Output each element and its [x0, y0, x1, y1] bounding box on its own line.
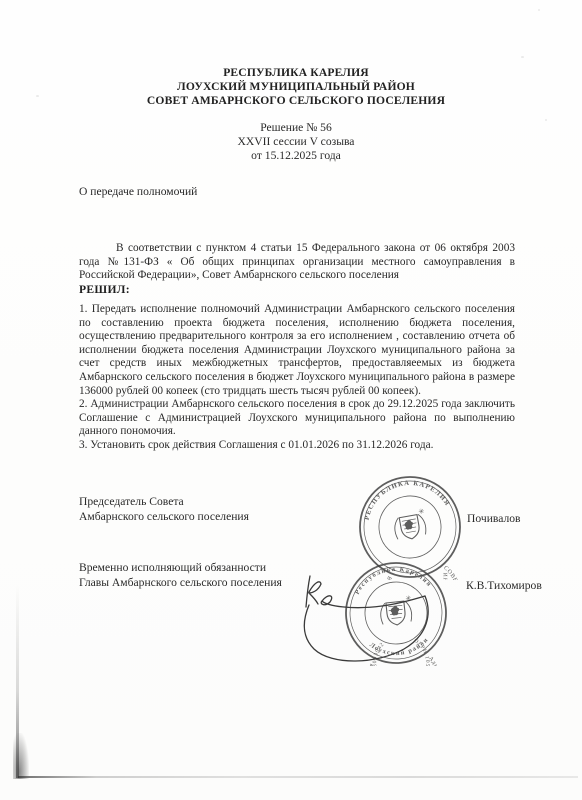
signature-block-chairman: Председатель Совета Амбарнского сельског…: [79, 494, 249, 524]
handwritten-signature: [292, 565, 437, 675]
chairman-title-line1: Председатель Совета: [79, 494, 249, 509]
stamp-council-ring-top: РЕСПУБЛИКА КАРЕЛИЯ: [358, 474, 451, 522]
acting-head-name: К.В.Тихомиров: [466, 579, 542, 592]
signature-block-acting-head: Временно исполняющий обязанности Главы А…: [79, 560, 282, 590]
acting-head-title-line2: Главы Амбарнского сельского поселения: [79, 575, 282, 590]
resolution-item-3: 3. Установить срок действия Соглашения с…: [79, 439, 515, 453]
acting-head-title-line1: Временно исполняющий обязанности: [79, 560, 282, 575]
decision-date: от 15.12.2025 года: [10, 149, 582, 163]
resolution-item-2: 2. Администрации Амбарнского сельского п…: [79, 398, 515, 439]
preamble-paragraph: В соответствии с пунктом 4 статьи 15 Фед…: [79, 242, 515, 283]
scan-speck: [538, 9, 540, 11]
coat-of-arms-icon: ✳: [392, 507, 429, 541]
letterhead: РЕСПУБЛИКА КАРЕЛИЯ ЛОУХСКИЙ МУНИЦИПАЛЬНЫ…: [10, 66, 582, 107]
scan-speck: [521, 56, 524, 58]
letterhead-line-district: ЛОУХСКИЙ МУНИЦИПАЛЬНЫЙ РАЙОН: [10, 80, 582, 94]
decision-session: XXVII сессии V созыва: [10, 135, 582, 149]
scanned-document-page: РЕСПУБЛИКА КАРЕЛИЯ ЛОУХСКИЙ МУНИЦИПАЛЬНЫ…: [0, 0, 582, 800]
resolved-label: РЕШИЛ:: [79, 283, 130, 296]
letterhead-line-republic: РЕСПУБЛИКА КАРЕЛИЯ: [10, 66, 582, 80]
scan-edge-shadow-horizontal: [18, 776, 578, 778]
document-subject: О передаче полномочий: [79, 185, 197, 198]
svg-text:РЕСПУБЛИКА КАРЕЛИЯ: РЕСПУБЛИКА КАРЕЛИЯ: [358, 474, 451, 522]
resolution-item-1: 1. Передать исполнение полномочий Админи…: [79, 303, 515, 398]
resolution-items: 1. Передать исполнение полномочий Админи…: [79, 303, 515, 453]
scan-corner-smudge: [13, 733, 29, 779]
scan-speck: [545, 119, 547, 121]
star-icon: ✳: [418, 507, 425, 516]
decision-number: Решение № 56: [10, 121, 582, 135]
decision-heading: Решение № 56 XXVII сессии V созыва от 15…: [10, 121, 582, 163]
chairman-title-line2: Амбарнского сельского поселения: [79, 509, 249, 524]
scan-speck: [36, 95, 39, 97]
letterhead-line-council: СОВЕТ АМБАРНСКОГО СЕЛЬСКОГО ПОСЕЛЕНИЯ: [10, 94, 582, 108]
chairman-name: Почивалов: [467, 512, 521, 525]
